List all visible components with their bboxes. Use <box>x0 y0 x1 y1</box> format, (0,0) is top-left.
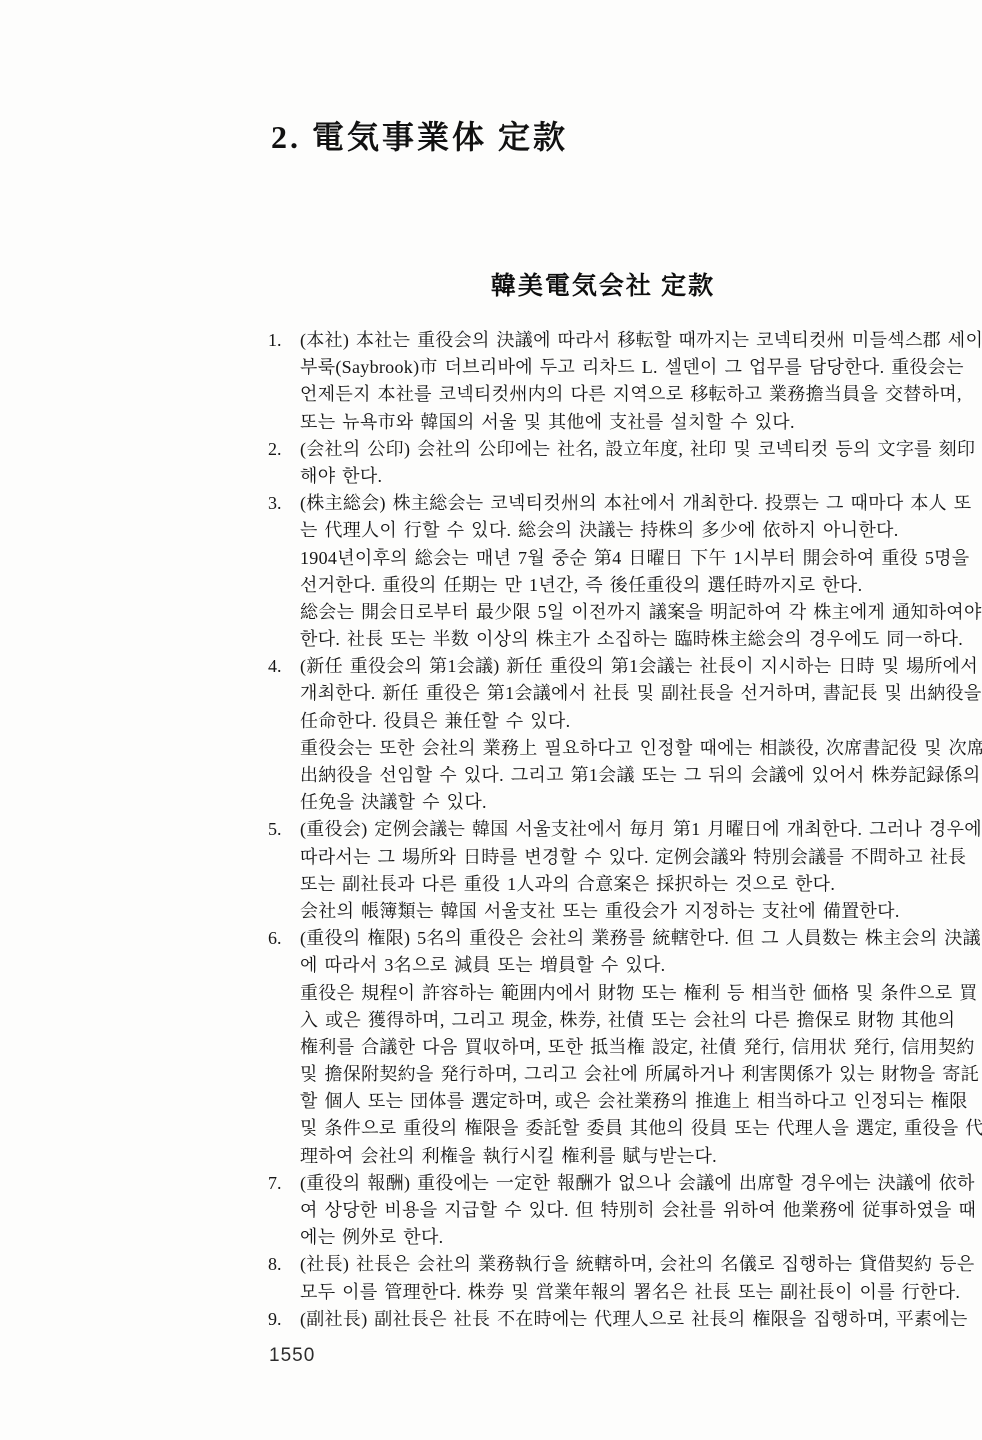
article-line: 重役会는 또한 会社의 業務上 필요하다고 인정할 때에는 相談役, 次席書記役… <box>300 735 982 762</box>
article-number: 6. <box>268 925 300 952</box>
article-line: 権利를 合議한 다음 買収하며, 또한 抵当権 設定, 社債 発行, 信用状 発… <box>300 1034 982 1061</box>
articles-list: 1.(本社) 本社는 重役会의 決議에 따라서 移転할 때까지는 코넥티컷州 미… <box>268 327 958 1333</box>
article-line: 出納役을 선임할 수 있다. 그리고 第1会議 또는 그 뒤의 会議에 있어서 … <box>300 762 982 789</box>
article-line: (重役会) 定例会議는 韓国 서울支社에서 毎月 第1 月曜日에 개최한다. 그… <box>300 816 982 843</box>
article-line: 任命한다. 役員은 兼任할 수 있다. <box>300 708 982 735</box>
article-item: 3.(株主総会) 株主総会는 코넥티컷州의 本社에서 개최한다. 投票는 그 때… <box>268 490 958 653</box>
article-number: 8. <box>268 1251 300 1278</box>
article-line: 부룩(Saybrook)市 더브리바에 두고 리차드 L. 셀덴이 그 업무를 … <box>300 354 982 381</box>
article-item: 9.(副社長) 副社長은 社長 不在時에는 代理人으로 社長의 権限을 집행하며… <box>268 1306 958 1333</box>
article-line: 는 代理人이 行할 수 있다. 総会의 決議는 持株의 多少에 依하지 아니한다… <box>300 517 982 544</box>
article-line: 한다. 社長 또는 半数 이상의 株主가 소집하는 臨時株主総会의 경우에도 同… <box>300 626 982 653</box>
article-number: 9. <box>268 1306 300 1333</box>
article-line: 해야 한다. <box>300 463 975 490</box>
section-heading: 韓美電気会社 定款 <box>270 266 936 302</box>
article-lines: (会社의 公印) 会社의 公印에는 社名, 設立年度, 社印 및 코넥티컷 등의… <box>300 436 975 490</box>
page-number: 1550 <box>269 1345 315 1367</box>
article-number: 2. <box>268 436 300 463</box>
article-line: (新任 重役会의 第1会議) 新任 重役의 第1会議는 社長이 지시하는 日時 … <box>300 653 982 680</box>
article-line: 또는 뉴욕市와 韓国의 서울 및 其他에 支社를 설치할 수 있다. <box>300 409 982 436</box>
article-line: 따라서는 그 場所와 日時를 변경할 수 있다. 定例会議와 特別会議를 不問하… <box>300 844 982 871</box>
article-line: 理하여 会社의 利権을 執行시킬 権利를 賦与받는다. <box>300 1143 982 1170</box>
article-line: 에 따라서 3名으로 減員 또는 増員할 수 있다. <box>300 952 982 979</box>
article-line: (重役의 報酬) 重役에는 一定한 報酬가 없으나 会議에 出席할 경우에는 決… <box>300 1170 976 1197</box>
article-line: 에는 例外로 한다. <box>300 1224 976 1251</box>
article-line: (副社長) 副社長은 社長 不在時에는 代理人으로 社長의 権限을 집행하며, … <box>300 1306 968 1333</box>
article-line: (社長) 社長은 会社의 業務執行을 統轄하며, 会社의 名儀로 집행하는 貸借… <box>300 1251 975 1278</box>
article-line: 会社의 帳簿類는 韓国 서울支社 또는 重役会가 지정하는 支社에 備置한다. <box>300 898 982 925</box>
article-line: 개최한다. 新任 重役은 第1会議에서 社長 및 副社長을 선거하며, 書記長 … <box>300 680 982 707</box>
article-line: 및 擔保附契約을 発行하며, 그리고 会社에 所属하거나 利害関係가 있는 財物… <box>300 1061 982 1088</box>
article-line: (株主総会) 株主総会는 코넥티컷州의 本社에서 개최한다. 投票는 그 때마다… <box>300 490 982 517</box>
article-lines: (株主総会) 株主総会는 코넥티컷州의 本社에서 개최한다. 投票는 그 때마다… <box>300 490 982 653</box>
article-line: 선거한다. 重役의 任期는 만 1년간, 즉 後任重役의 選任時까지로 한다. <box>300 572 982 599</box>
article-line: 任免을 決議할 수 있다. <box>300 789 982 816</box>
article-number: 1. <box>268 327 300 354</box>
article-line: (会社의 公印) 会社의 公印에는 社名, 設立年度, 社印 및 코넥티컷 등의… <box>300 436 975 463</box>
article-lines: (副社長) 副社長은 社長 不在時에는 代理人으로 社長의 権限을 집행하며, … <box>300 1306 968 1333</box>
article-number: 3. <box>268 490 300 517</box>
article-line: 모두 이를 管理한다. 株券 및 営業年報의 署名은 社長 또는 副社長이 이를… <box>300 1279 975 1306</box>
article-line: 1904년이후의 総会는 매년 7월 중순 第4 日曜日 下午 1시부터 開会하… <box>300 545 982 572</box>
article-lines: (重役会) 定例会議는 韓国 서울支社에서 毎月 第1 月曜日에 개최한다. 그… <box>300 816 982 925</box>
article-item: 2.(会社의 公印) 会社의 公印에는 社名, 設立年度, 社印 및 코넥티컷 … <box>268 436 958 490</box>
article-line: 入 或은 獲得하며, 그리고 現金, 株券, 社債 또는 会社의 다른 擔保로 … <box>300 1007 982 1034</box>
article-line: 重役은 規程이 許容하는 範囲内에서 財物 또는 権利 등 相当한 価格 및 条… <box>300 980 982 1007</box>
article-line: 또는 副社長과 다른 重役 1人과의 合意案은 採択하는 것으로 한다. <box>300 871 982 898</box>
article-item: 7.(重役의 報酬) 重役에는 一定한 報酬가 없으나 会議에 出席할 경우에는… <box>268 1170 958 1252</box>
article-line: 및 条件으로 重役의 権限을 委託할 委員 其他의 役員 또는 代理人을 選定,… <box>300 1115 982 1142</box>
article-line: (本社) 本社는 重役会의 決議에 따라서 移転할 때까지는 코넥티컷州 미들섹… <box>300 327 982 354</box>
article-item: 1.(本社) 本社는 重役会의 決議에 따라서 移転할 때까지는 코넥티컷州 미… <box>268 327 958 436</box>
chapter-title: 2. 電気事業体 定款 <box>271 112 568 158</box>
article-lines: (新任 重役会의 第1会議) 新任 重役의 第1会議는 社長이 지시하는 日時 … <box>300 653 982 816</box>
article-lines: (本社) 本社는 重役会의 決議에 따라서 移転할 때까지는 코넥티컷州 미들섹… <box>300 327 982 436</box>
article-item: 6.(重役의 権限) 5名의 重役은 会社의 業務를 統轄한다. 但 그 人員数… <box>268 925 958 1170</box>
article-line: 여 상당한 비용을 지급할 수 있다. 但 特別히 会社를 위하여 他業務에 従… <box>300 1197 976 1224</box>
article-line: 할 個人 또는 団体를 選定하며, 或은 会社業務의 推進上 相当하다고 인정되… <box>300 1088 982 1115</box>
article-line: 総会는 開会日로부터 最少限 5일 이전까지 議案을 明記하여 각 株主에게 通… <box>300 599 982 626</box>
article-item: 5.(重役会) 定例会議는 韓国 서울支社에서 毎月 第1 月曜日에 개최한다.… <box>268 816 958 925</box>
article-number: 4. <box>268 653 300 680</box>
article-item: 4.(新任 重役会의 第1会議) 新任 重役의 第1会議는 社長이 지시하는 日… <box>268 653 958 816</box>
article-lines: (社長) 社長은 会社의 業務執行을 統轄하며, 会社의 名儀로 집행하는 貸借… <box>300 1251 975 1305</box>
article-number: 7. <box>268 1170 300 1197</box>
article-number: 5. <box>268 816 300 843</box>
article-item: 8.(社長) 社長은 会社의 業務執行을 統轄하며, 会社의 名儀로 집행하는 … <box>268 1251 958 1305</box>
article-line: 언제든지 本社를 코넥티컷州内의 다른 지역으로 移転하고 業務擔当員을 交替하… <box>300 381 982 408</box>
document-page: 2. 電気事業体 定款 韓美電気会社 定款 1.(本社) 本社는 重役会의 決議… <box>0 0 982 1440</box>
article-line: (重役의 権限) 5名의 重役은 会社의 業務를 統轄한다. 但 그 人員数는 … <box>300 925 982 952</box>
article-lines: (重役의 報酬) 重役에는 一定한 報酬가 없으나 会議에 出席할 경우에는 決… <box>300 1170 976 1252</box>
article-lines: (重役의 権限) 5名의 重役은 会社의 業務를 統轄한다. 但 그 人員数는 … <box>300 925 982 1170</box>
